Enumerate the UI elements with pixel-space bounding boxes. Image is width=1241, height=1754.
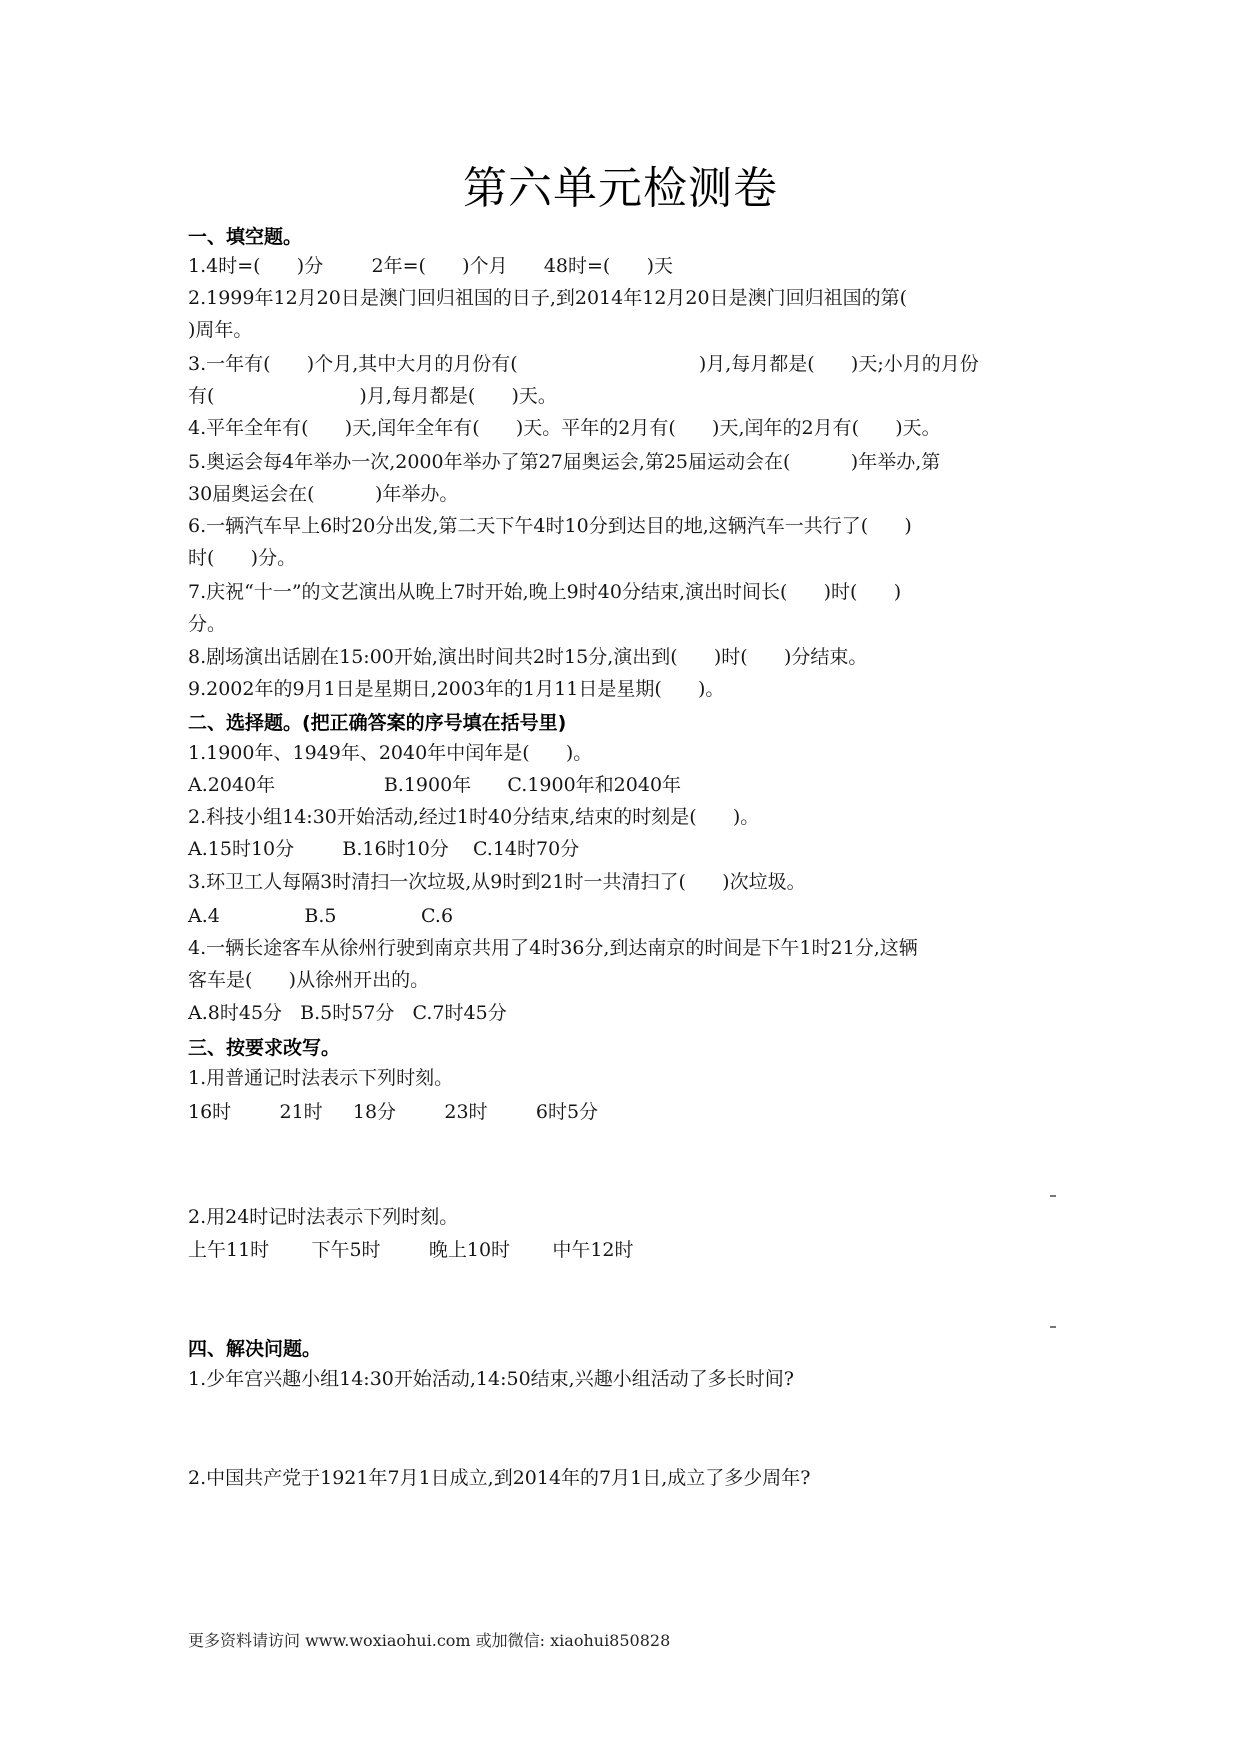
question-line: 1.少年宫兴趣小组14:30开始活动,14:50结束,兴趣小组活动了多长时间? [188,1367,794,1391]
question-line: 客车是( )从徐州开出的。 [188,968,429,992]
question-line: 1.1900年、1949年、2040年中闰年是( )。 [188,741,592,765]
question-line: 分。 [188,612,226,636]
question-line: 时( )分。 [188,546,296,570]
question-line: 5.奥运会每4年举办一次,2000年举办了第27届奥运会,第25届运动会在( )… [188,450,940,474]
section-heading-solve-problems: 四、解决问题。 [188,1334,321,1361]
question-line: 3.环卫工人每隔3时清扫一次垃圾,从9时到21时一共清扫了( )次垃圾。 [188,870,806,894]
question-line: 2.中国共产党于1921年7月1日成立,到2014年的7月1日,成立了多少周年? [188,1466,810,1490]
question-line: 1.4时=( )分 2年=( )个月 48时=( )天 [188,254,673,278]
margin-mark [1050,1195,1056,1197]
times-line: 16时 21时 18分 23时 6时5分 [188,1100,598,1124]
question-line: 2.1999年12月20日是澳门回归祖国的日子,到2014年12月20日是澳门回… [188,286,907,310]
question-line: 4.一辆长途客车从徐州行驶到南京共用了4时36分,到达南京的时间是下午1时21分… [188,936,918,960]
question-line: 4.平年全年有( )天,闰年全年有( )天。平年的2月有( )天,闰年的2月有(… [188,416,941,440]
question-line: 2.用24时记时法表示下列时刻。 [188,1205,458,1229]
option-line: A.2040年 B.1900年 C.1900年和2040年 [188,773,681,797]
option-line: A.15时10分 B.16时10分 C.14时70分 [188,837,579,861]
question-line: 有( )月,每月都是( )天。 [188,384,557,408]
section-heading-fill-blank: 一、填空题。 [188,222,302,249]
option-line: A.4 B.5 C.6 [188,904,453,928]
times-line: 上午11时 下午5时 晚上10时 中午12时 [188,1238,634,1262]
option-line: A.8时45分 B.5时57分 C.7时45分 [188,1001,507,1025]
question-line: 6.一辆汽车早上6时20分出发,第二天下午4时10分到达目的地,这辆汽车一共行了… [188,514,912,538]
question-line: 2.科技小组14:30开始活动,经过1时40分结束,结束的时刻是( )。 [188,805,759,829]
question-line: )周年。 [188,318,252,342]
page-title: 第六单元检测卷 [0,152,1241,216]
margin-mark [1050,1326,1056,1328]
footer-note: 更多资料请访问 www.woxiaohui.com 或加微信: xiaohui8… [188,1628,670,1651]
question-line: 8.剧场演出话剧在15:00开始,演出时间共2时15分,演出到( )时( )分结… [188,645,867,669]
question-line: 7.庆祝“十一”的文艺演出从晚上7时开始,晚上9时40分结束,演出时间长( )时… [188,580,901,604]
section-heading-rewrite: 三、按要求改写。 [188,1033,340,1060]
question-line: 3.一年有( )个月,其中大月的月份有( )月,每月都是( )天;小月的月份 [188,352,979,376]
question-line: 9.2002年的9月1日是星期日,2003年的1月11日是星期( )。 [188,677,724,701]
question-line: 1.用普通记时法表示下列时刻。 [188,1066,453,1090]
question-line: 30届奥运会在( )年举办。 [188,482,458,506]
section-heading-multiple-choice: 二、选择题。(把正确答案的序号填在括号里) [188,708,566,735]
